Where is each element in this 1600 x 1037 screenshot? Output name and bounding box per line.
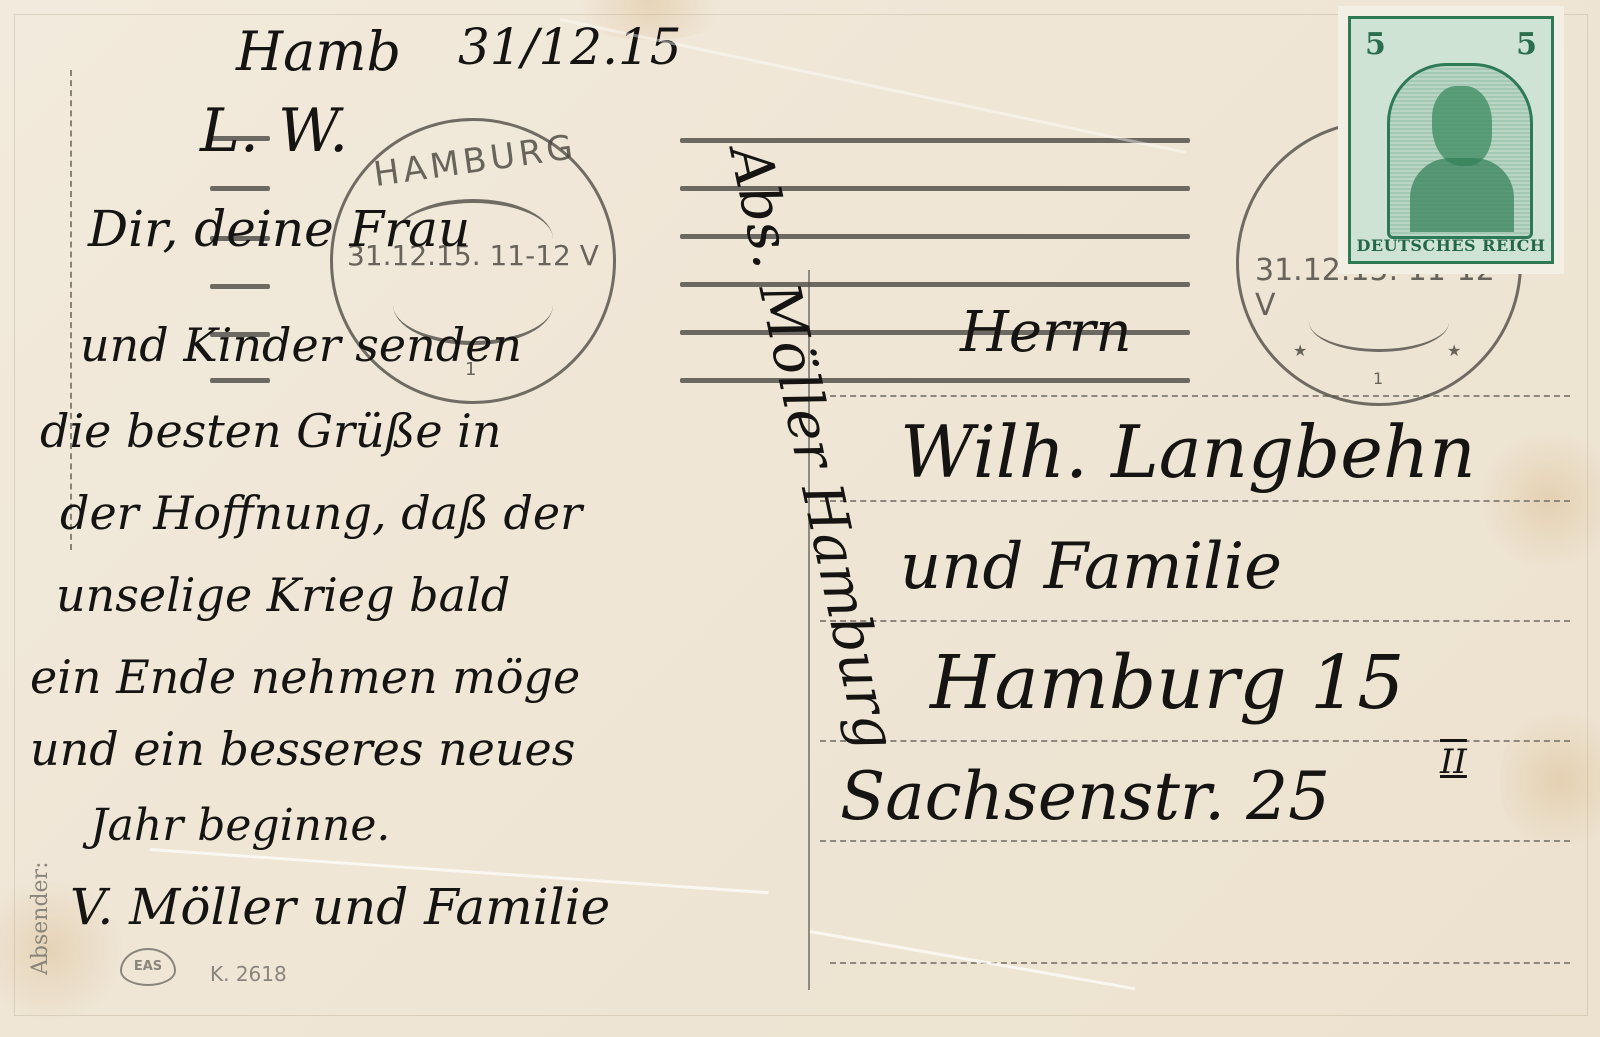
header-place: Hamb <box>236 20 401 83</box>
publisher-logo-text: EAS <box>134 959 162 974</box>
message-line: unselige Krieg bald <box>56 568 510 622</box>
postmark-code: 1 <box>1373 369 1383 388</box>
postcard: HAMBURG 31.12.15. 11-12 V 1 31.12.15. 11… <box>0 0 1600 1037</box>
address-line <box>820 620 1570 622</box>
address-line2: und Familie <box>900 530 1282 604</box>
publisher-logo-icon: EAS <box>120 948 176 986</box>
address-city: Hamburg 15 <box>930 640 1404 726</box>
message-line: die besten Grüße in <box>40 404 502 458</box>
address-line <box>820 500 1570 502</box>
message-line: der Hoffnung, daß der <box>60 486 582 540</box>
absender-label: Absender: <box>28 862 53 975</box>
header-date: 31/12.15 <box>458 18 682 76</box>
address-name: Wilh. Langbehn <box>900 410 1476 494</box>
address-floor: II <box>1440 742 1467 782</box>
germania-portrait-icon <box>1387 63 1533 239</box>
message-signature: V. Möller und Familie <box>70 878 610 936</box>
stamp-country: DEUTSCHES REICH <box>1351 236 1551 255</box>
address-line <box>820 840 1570 842</box>
message-guide-line <box>70 70 72 550</box>
postmark-star-icon: ★ <box>1293 341 1307 360</box>
stamp-value-left: 5 <box>1365 27 1386 62</box>
message-greeting: L. W. <box>200 96 348 166</box>
stamp-frame: 5 5 DEUTSCHES REICH <box>1348 16 1554 264</box>
message-line: Dir, deine Frau <box>88 200 470 258</box>
postmark-city: HAMBURG <box>371 127 579 195</box>
message-line: Jahr beginne. <box>90 800 390 851</box>
address-line <box>830 962 1570 964</box>
postmark-bridge <box>1309 319 1449 352</box>
address-salutation: Herrn <box>960 300 1132 365</box>
address-line <box>830 395 1570 397</box>
catalog-number: K. 2618 <box>210 962 287 986</box>
message-line: und ein besseres neues <box>30 722 575 776</box>
message-line: ein Ende nehmen möge <box>30 650 580 704</box>
postage-stamp: 5 5 DEUTSCHES REICH <box>1342 10 1560 270</box>
stamp-value-right: 5 <box>1516 27 1537 62</box>
address-street: Sachsenstr. 25 <box>840 758 1330 835</box>
message-line: und Kinder senden <box>80 318 522 372</box>
postmark-star-icon: ★ <box>1447 341 1461 360</box>
